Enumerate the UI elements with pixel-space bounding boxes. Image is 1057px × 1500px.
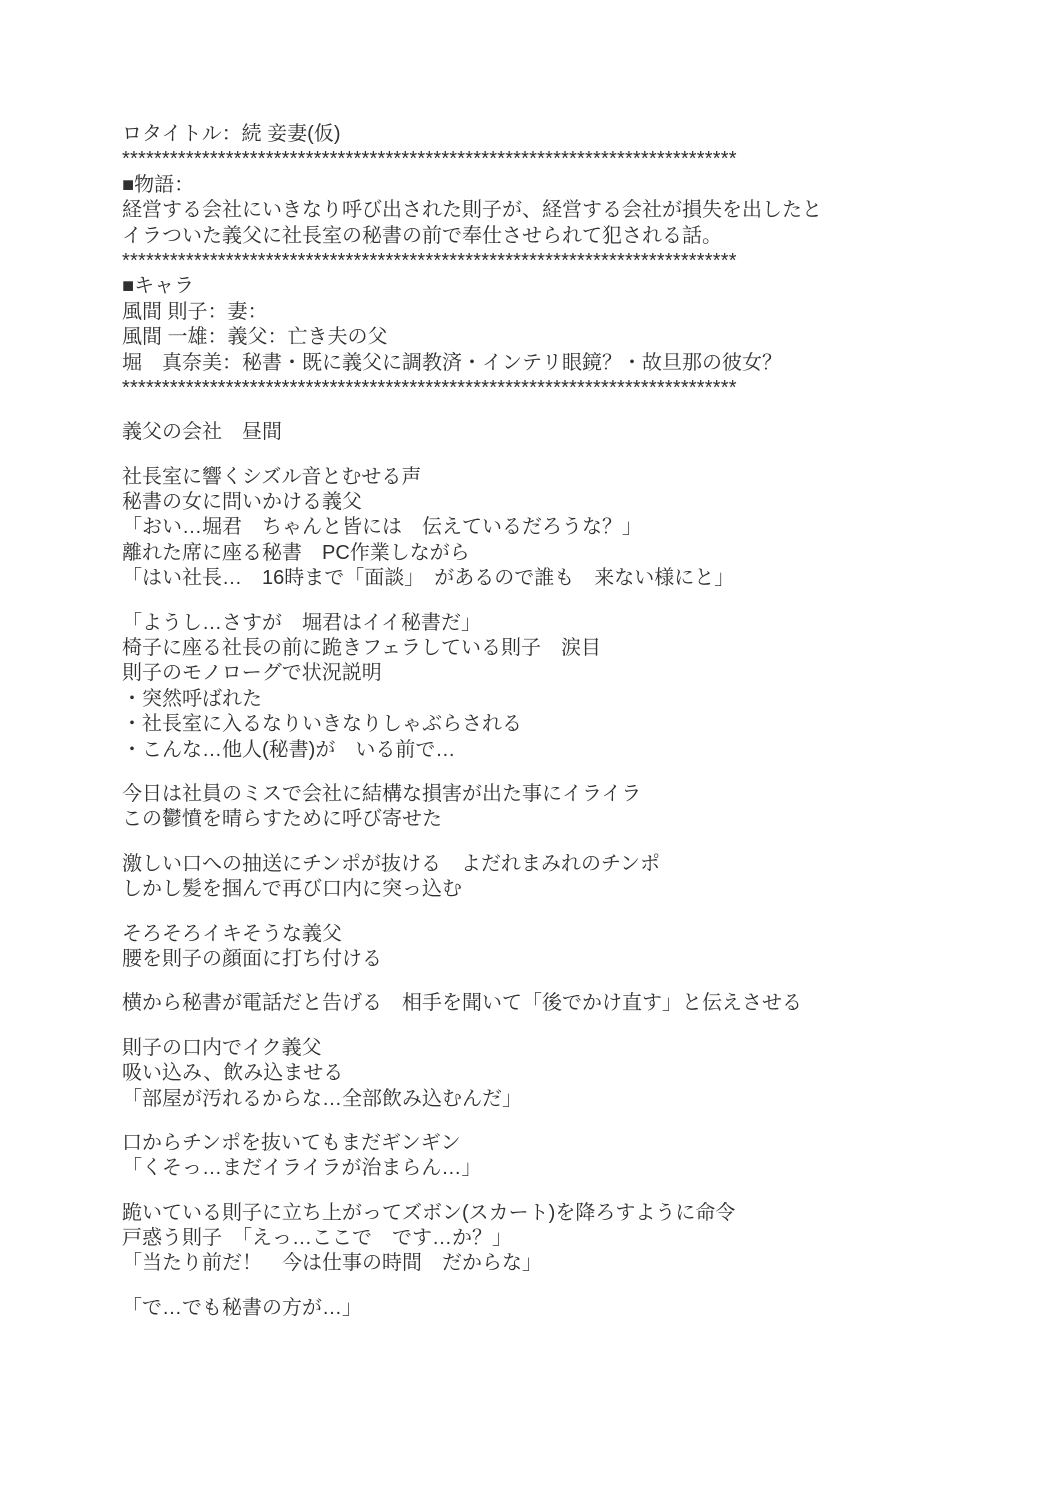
text-line: 則子の口内でイク義父	[122, 1036, 952, 1061]
separator-line: ****************************************…	[122, 147, 952, 172]
text-line: ・突然呼ばれた	[122, 687, 952, 712]
blank-line	[122, 592, 952, 611]
text-line: ・こんな…他人(秘書)が いる前で…	[122, 738, 952, 763]
text-line: 風間 一雄：義父：亡き夫の父	[122, 325, 952, 350]
text-line: 経営する会社にいきなり呼び出された則子が、経営する会社が損失を出したと	[122, 198, 952, 223]
document-body: ロタイトル：続 妾妻(仮)***************************…	[122, 122, 952, 1321]
text-line: ロタイトル：続 妾妻(仮)	[122, 122, 952, 147]
text-line: 「ようし…さすが 堀君はイイ秘書だ」	[122, 611, 952, 636]
separator-line: ****************************************…	[122, 249, 952, 274]
text-line: 戸惑う則子 「えっ…ここで です…か？」	[122, 1226, 952, 1251]
text-line: 離れた席に座る秘書 PC作業しながら	[122, 541, 952, 566]
text-line: 社長室に響くシズル音とむせる声	[122, 465, 952, 490]
document-page: ロタイトル：続 妾妻(仮)***************************…	[0, 0, 1057, 1500]
blank-line	[122, 972, 952, 991]
text-line: 「当たり前だ！ 今は仕事の時間 だからな」	[122, 1251, 952, 1276]
text-line: 激しい口への抽送にチンポが抜ける よだれまみれのチンポ	[122, 852, 952, 877]
text-line: 吸い込み、飲み込ませる	[122, 1061, 952, 1086]
text-line: 椅子に座る社長の前に跪きフェラしている則子 涙目	[122, 636, 952, 661]
text-line: そろそろイキそうな義父	[122, 922, 952, 947]
text-line: 則子のモノローグで状況説明	[122, 661, 952, 686]
blank-line	[122, 1277, 952, 1296]
separator-line: ****************************************…	[122, 376, 952, 401]
text-line: ・社長室に入るなりいきなりしゃぶらされる	[122, 712, 952, 737]
text-line: イラついた義父に社長室の秘書の前で奉仕させられて犯される話。	[122, 224, 952, 249]
text-line: 腰を則子の顔面に打ち付ける	[122, 947, 952, 972]
text-line: この鬱憤を晴らすために呼び寄せた	[122, 807, 952, 832]
text-line: 義父の会社 昼間	[122, 420, 952, 445]
text-line: 跪いている則子に立ち上がってズボン(スカート)を降ろすように命令	[122, 1201, 952, 1226]
text-line: 「はい社長… 16時まで「面談」 があるので誰も 来ない様にと」	[122, 566, 952, 591]
blank-line	[122, 1017, 952, 1036]
blank-line	[122, 1182, 952, 1201]
blank-line	[122, 833, 952, 852]
blank-line	[122, 446, 952, 465]
blank-line	[122, 763, 952, 782]
text-line: 「くそっ…まだイライラが治まらん…」	[122, 1156, 952, 1181]
text-line: 横から秘書が電話だと告げる 相手を聞いて「後でかけ直す」と伝えさせる	[122, 991, 952, 1016]
text-line: 今日は社員のミスで会社に結構な損害が出た事にイライラ	[122, 782, 952, 807]
text-line: 「部屋が汚れるからな…全部飲み込むんだ」	[122, 1087, 952, 1112]
text-line: ■キャラ	[122, 274, 952, 299]
text-line: 「で…でも秘書の方が…」	[122, 1296, 952, 1321]
text-line: 口からチンポを抜いてもまだギンギン	[122, 1131, 952, 1156]
text-line: 「おい…堀君 ちゃんと皆には 伝えているだろうな？」	[122, 515, 952, 540]
blank-line	[122, 903, 952, 922]
text-line: 秘書の女に問いかける義父	[122, 490, 952, 515]
text-line: 堀 真奈美：秘書・既に義父に調教済・インテリ眼鏡？・故旦那の彼女？	[122, 351, 952, 376]
text-line: ■物語：	[122, 173, 952, 198]
text-line: しかし髪を掴んで再び口内に突っ込む	[122, 877, 952, 902]
blank-line	[122, 401, 952, 420]
text-line: 風間 則子：妻：	[122, 300, 952, 325]
blank-line	[122, 1112, 952, 1131]
